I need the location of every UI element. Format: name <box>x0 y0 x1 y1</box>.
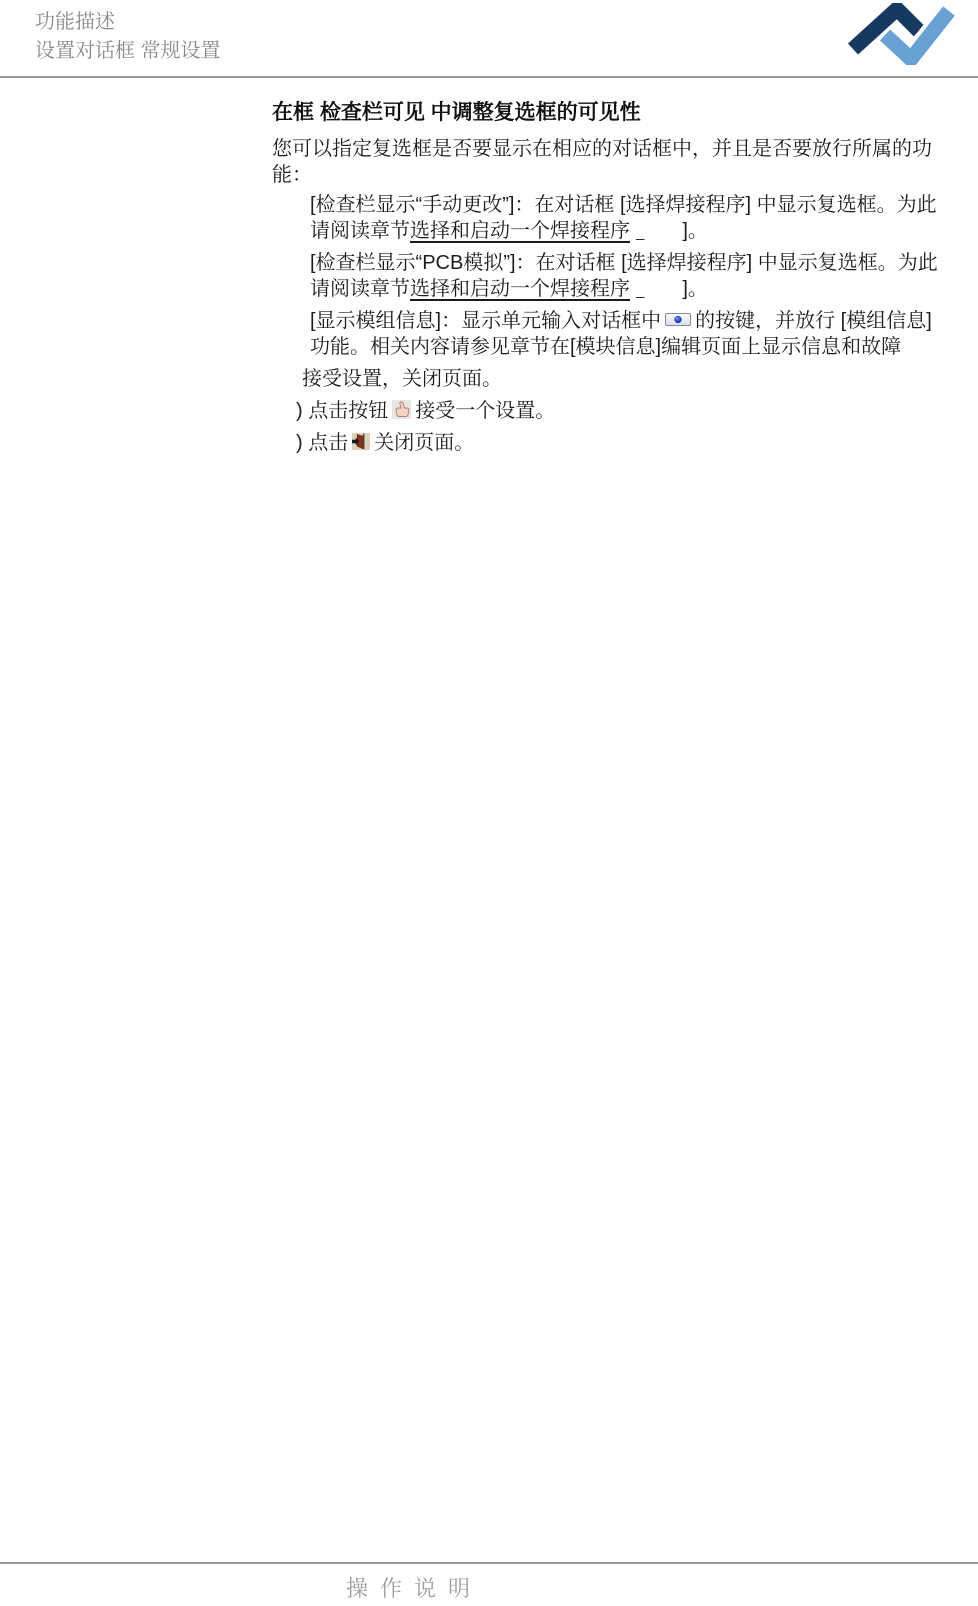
thumb-accept-icon <box>392 400 411 419</box>
chapter-link[interactable]: 选择和启动一个焊接程序 <box>410 278 630 300</box>
module-info-button-icon <box>665 313 691 326</box>
step-text: 接受一个设置。 <box>415 400 555 422</box>
breadcrumb-line-2: 设置对话框 常规设置 <box>35 37 221 66</box>
list-item: [显示模组信息]：显示单元输入对话框中 的 <box>310 308 942 360</box>
option-list: [检查栏显示“手动更改”]：在对话框 [选择焊接程序] 中显示复选框。为此请阅读… <box>310 192 942 360</box>
page-content: 在框 检查栏可见 中调整复选框的可见性 您可以指定复选框是否要显示在相应的对话框… <box>272 99 942 456</box>
step-line: ) 点击按钮 接受一个设置。 <box>296 398 942 424</box>
step-text: ) 点击按钮 <box>296 400 388 422</box>
manual-page: 功能描述 设置对话框 常规设置 在框 检查栏可见 中调整复选框的可见性 您可以指… <box>0 0 978 1606</box>
list-item-close: ]。 <box>682 278 708 300</box>
chapter-link[interactable]: 选择和启动一个焊接程序 <box>410 220 630 242</box>
breadcrumb-line-1: 功能描述 <box>35 8 221 37</box>
step-text: ) 点击 <box>296 432 348 454</box>
list-item: [检查栏显示“手动更改”]：在对话框 [选择焊接程序] 中显示复选框。为此请阅读… <box>310 192 942 246</box>
exit-door-icon <box>352 433 370 450</box>
footer-divider <box>0 1562 978 1564</box>
section-heading: 在框 检查栏可见 中调整复选框的可见性 <box>272 99 942 126</box>
step-line: ) 点击 关闭页面。 <box>296 430 942 456</box>
header-breadcrumb: 功能描述 设置对话框 常规设置 <box>35 8 221 66</box>
footer-label: 操作说明 <box>346 1572 482 1603</box>
page-ref-mark: _ <box>636 282 644 299</box>
page-ref-mark: _ <box>636 224 644 241</box>
closing-line: 接受设置，关闭页面。 <box>302 366 942 392</box>
header-divider <box>0 76 978 78</box>
step-text: 关闭页面。 <box>374 432 474 454</box>
list-item-text: [显示模组信息]：显示单元输入对话框中 <box>310 310 661 332</box>
intro-paragraph: 您可以指定复选框是否要显示在相应的对话框中，并且是否要放行所属的功能： <box>272 136 942 188</box>
list-item: [检查栏显示“PCB模拟”]：在对话框 [选择焊接程序] 中显示复选框。为此请阅… <box>310 250 942 304</box>
brand-logo-icon <box>845 3 957 65</box>
list-item-close: ]。 <box>682 220 708 242</box>
